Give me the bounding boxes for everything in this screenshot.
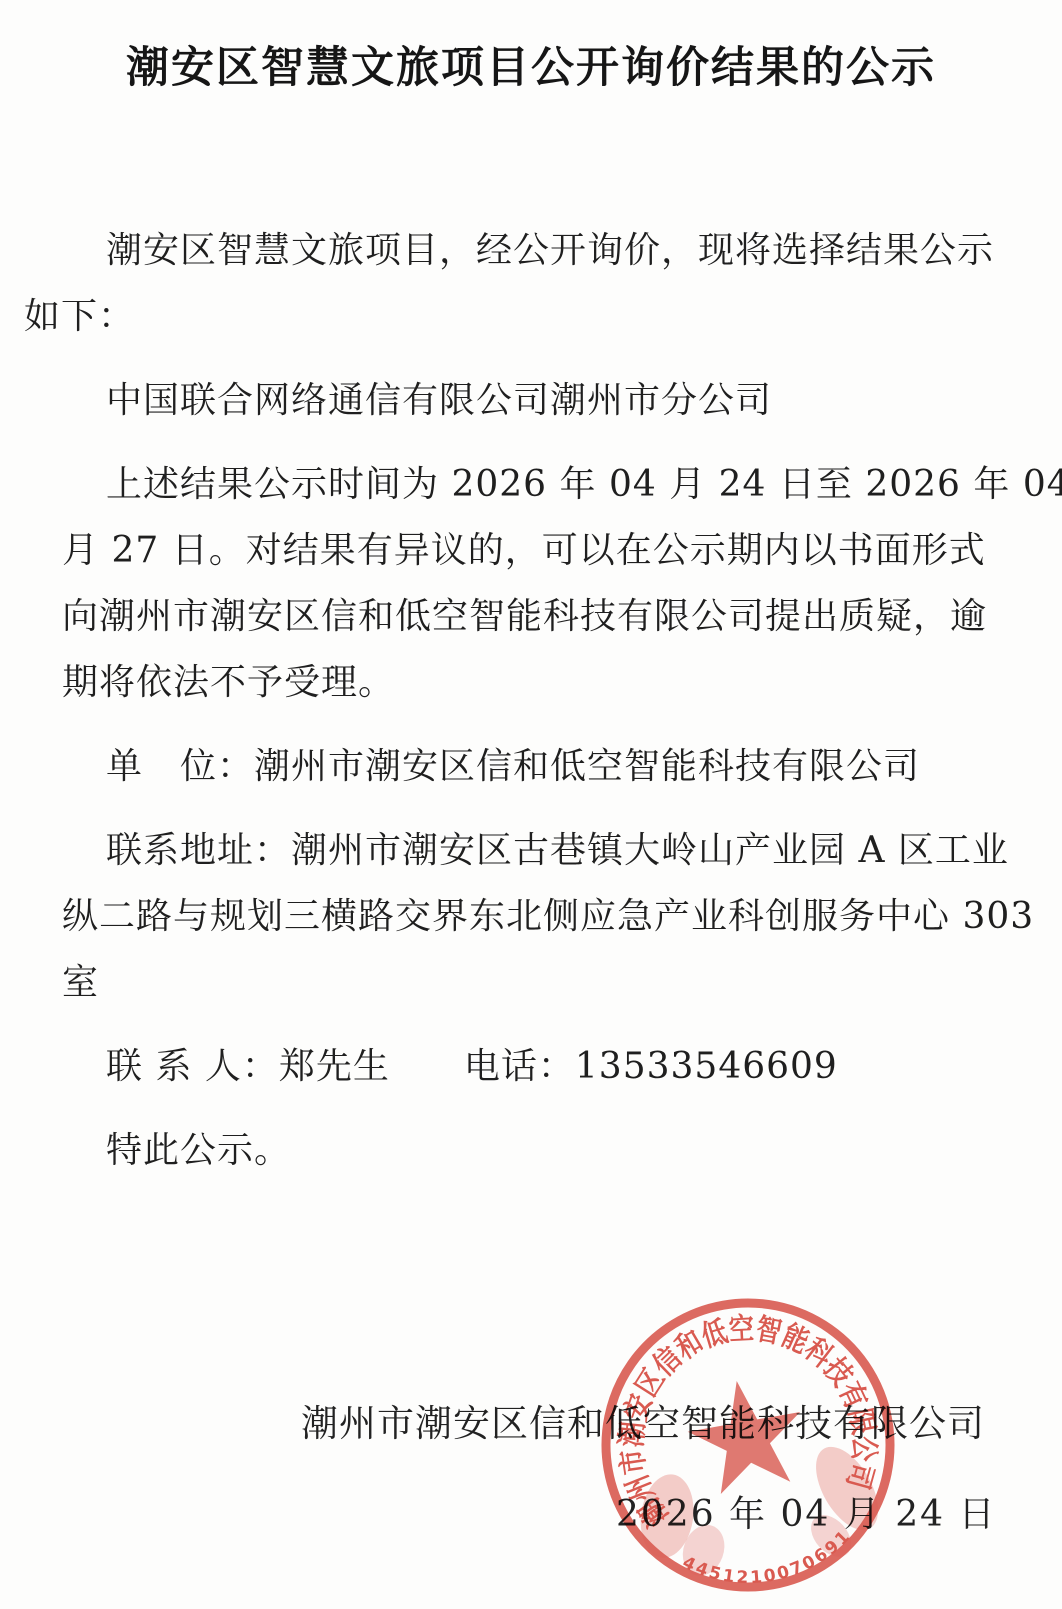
paragraph-unit: 单 位：潮州市潮安区信和低空智能科技有限公司 <box>62 734 1008 800</box>
paragraph-intro: 潮安区智慧文旅项目，经公开询价，现将选择结果公示 如下： <box>62 218 1008 350</box>
body-line: 联系地址：潮州市潮安区古巷镇大岭山产业园 A 区工业 <box>62 818 1008 884</box>
paragraph-address: 联系地址：潮州市潮安区古巷镇大岭山产业园 A 区工业 纵二路与规划三横路交界东北… <box>62 818 1008 1016</box>
body-line: 纵二路与规划三横路交界东北侧应急产业科创服务中心 303 <box>62 884 1008 950</box>
body-line: 单 位：潮州市潮安区信和低空智能科技有限公司 <box>62 734 1008 800</box>
paragraph-period: 上述结果公示时间为 2026 年 04 月 24 日至 2026 年 04 月 … <box>62 452 1008 716</box>
paragraph-winner: 中国联合网络通信有限公司潮州市分公司 <box>62 368 1008 434</box>
body-line: 潮安区智慧文旅项目，经公开询价，现将选择结果公示 <box>62 218 1008 284</box>
body-line: 期将依法不予受理。 <box>62 650 1008 716</box>
body-line: 如下： <box>24 284 1008 350</box>
body-line: 上述结果公示时间为 2026 年 04 月 24 日至 2026 年 04 <box>62 452 1008 518</box>
body-line: 联 系 人：郑先生 电话：13533546609 <box>62 1034 1008 1100</box>
document-body: 潮安区智慧文旅项目，经公开询价，现将选择结果公示 如下： 中国联合网络通信有限公… <box>62 218 1008 1184</box>
paragraph-closing: 特此公示。 <box>62 1118 1008 1184</box>
body-line: 向潮州市潮安区信和低空智能科技有限公司提出质疑，逾 <box>62 584 1008 650</box>
official-seal-stamp: 潮州市潮安区信和低空智能科技有限公司 4451210070691 <box>576 1273 920 1609</box>
announcement-page: 潮安区智慧文旅项目公开询价结果的公示 潮安区智慧文旅项目，经公开询价，现将选择结… <box>0 0 1062 1609</box>
paragraph-contact: 联 系 人：郑先生 电话：13533546609 <box>62 1034 1008 1100</box>
page-title: 潮安区智慧文旅项目公开询价结果的公示 <box>0 34 1062 95</box>
body-line: 室 <box>62 950 1008 1016</box>
body-line: 特此公示。 <box>62 1118 1008 1184</box>
body-line: 中国联合网络通信有限公司潮州市分公司 <box>62 368 1008 434</box>
star-icon <box>680 1371 811 1498</box>
body-line: 月 27 日。对结果有异议的，可以在公示期内以书面形式 <box>62 518 1008 584</box>
